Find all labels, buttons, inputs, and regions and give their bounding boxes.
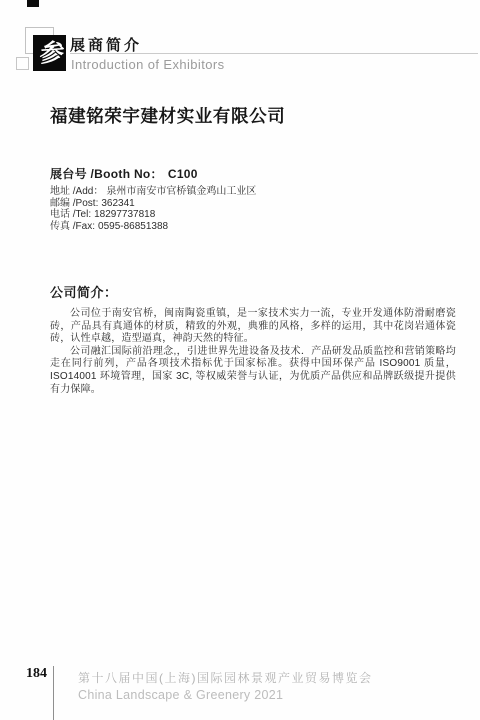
- footer-divider-line: [53, 666, 54, 720]
- intro-paragraph-1: 公司位于南安官桥，闽南陶瓷重镇，是一家技术实力一流，专业开发通体防滑耐磨瓷砖，产…: [50, 308, 456, 346]
- telephone-label: 电话 /Tel:: [50, 209, 91, 220]
- top-tick-mark: [27, 0, 39, 7]
- page-number: 184: [26, 666, 47, 682]
- event-title-en: China Landscape & Greenery 2021: [78, 687, 373, 704]
- fax-row: 传真 /Fax:0595-86851388: [50, 221, 256, 233]
- address-label: 地址 /Add：: [50, 186, 103, 197]
- section-title-zh: 展商简介: [70, 34, 142, 55]
- postcode-value: 362341: [101, 198, 134, 209]
- company-name: 福建铭荣宇建材实业有限公司: [50, 103, 285, 128]
- postcode-label: 邮编 /Post:: [50, 198, 98, 209]
- telephone-row: 电话 /Tel:18297737818: [50, 209, 256, 221]
- booth-number-line: 展台号 /Booth No：C100: [50, 165, 198, 182]
- fax-label: 传真 /Fax:: [50, 221, 95, 232]
- header-divider-line: [70, 53, 478, 54]
- address-row: 地址 /Add：泉州市南安市官桥镇金鸡山工业区: [50, 186, 256, 198]
- section-title-en: Introduction of Exhibitors: [71, 57, 224, 72]
- booth-number-value: C100: [168, 167, 198, 181]
- address-value: 泉州市南安市官桥镇金鸡山工业区: [106, 186, 256, 197]
- company-intro-section: 公司简介： 公司位于南安官桥，闽南陶瓷重镇，是一家技术实力一流，专业开发通体防滑…: [50, 282, 456, 396]
- outline-square-decoration-small: [16, 57, 29, 70]
- contact-info-block: 地址 /Add：泉州市南安市官桥镇金鸡山工业区 邮编 /Post:362341 …: [50, 186, 256, 232]
- booth-number-label: 展台号 /Booth No：: [50, 167, 163, 181]
- postcode-row: 邮编 /Post:362341: [50, 198, 256, 210]
- fax-value: 0595-86851388: [98, 221, 168, 232]
- footer-event-block: 第十八届中国(上海)国际园林景观产业贸易博览会 China Landscape …: [78, 670, 373, 704]
- event-title-zh: 第十八届中国(上海)国际园林景观产业贸易博览会: [78, 670, 373, 687]
- section-number-glyph: 参: [37, 40, 63, 66]
- telephone-value: 18297737818: [94, 209, 155, 220]
- intro-paragraph-2: 公司融汇国际前沿理念,，引进世界先进设备及技术．产品研发品质监控和营销策略均走在…: [50, 346, 456, 396]
- catalog-page: 参 展商简介 Introduction of Exhibitors 福建铭荣宇建…: [0, 0, 480, 720]
- intro-heading: 公司简介：: [50, 282, 456, 301]
- section-number-box: 参: [33, 35, 66, 71]
